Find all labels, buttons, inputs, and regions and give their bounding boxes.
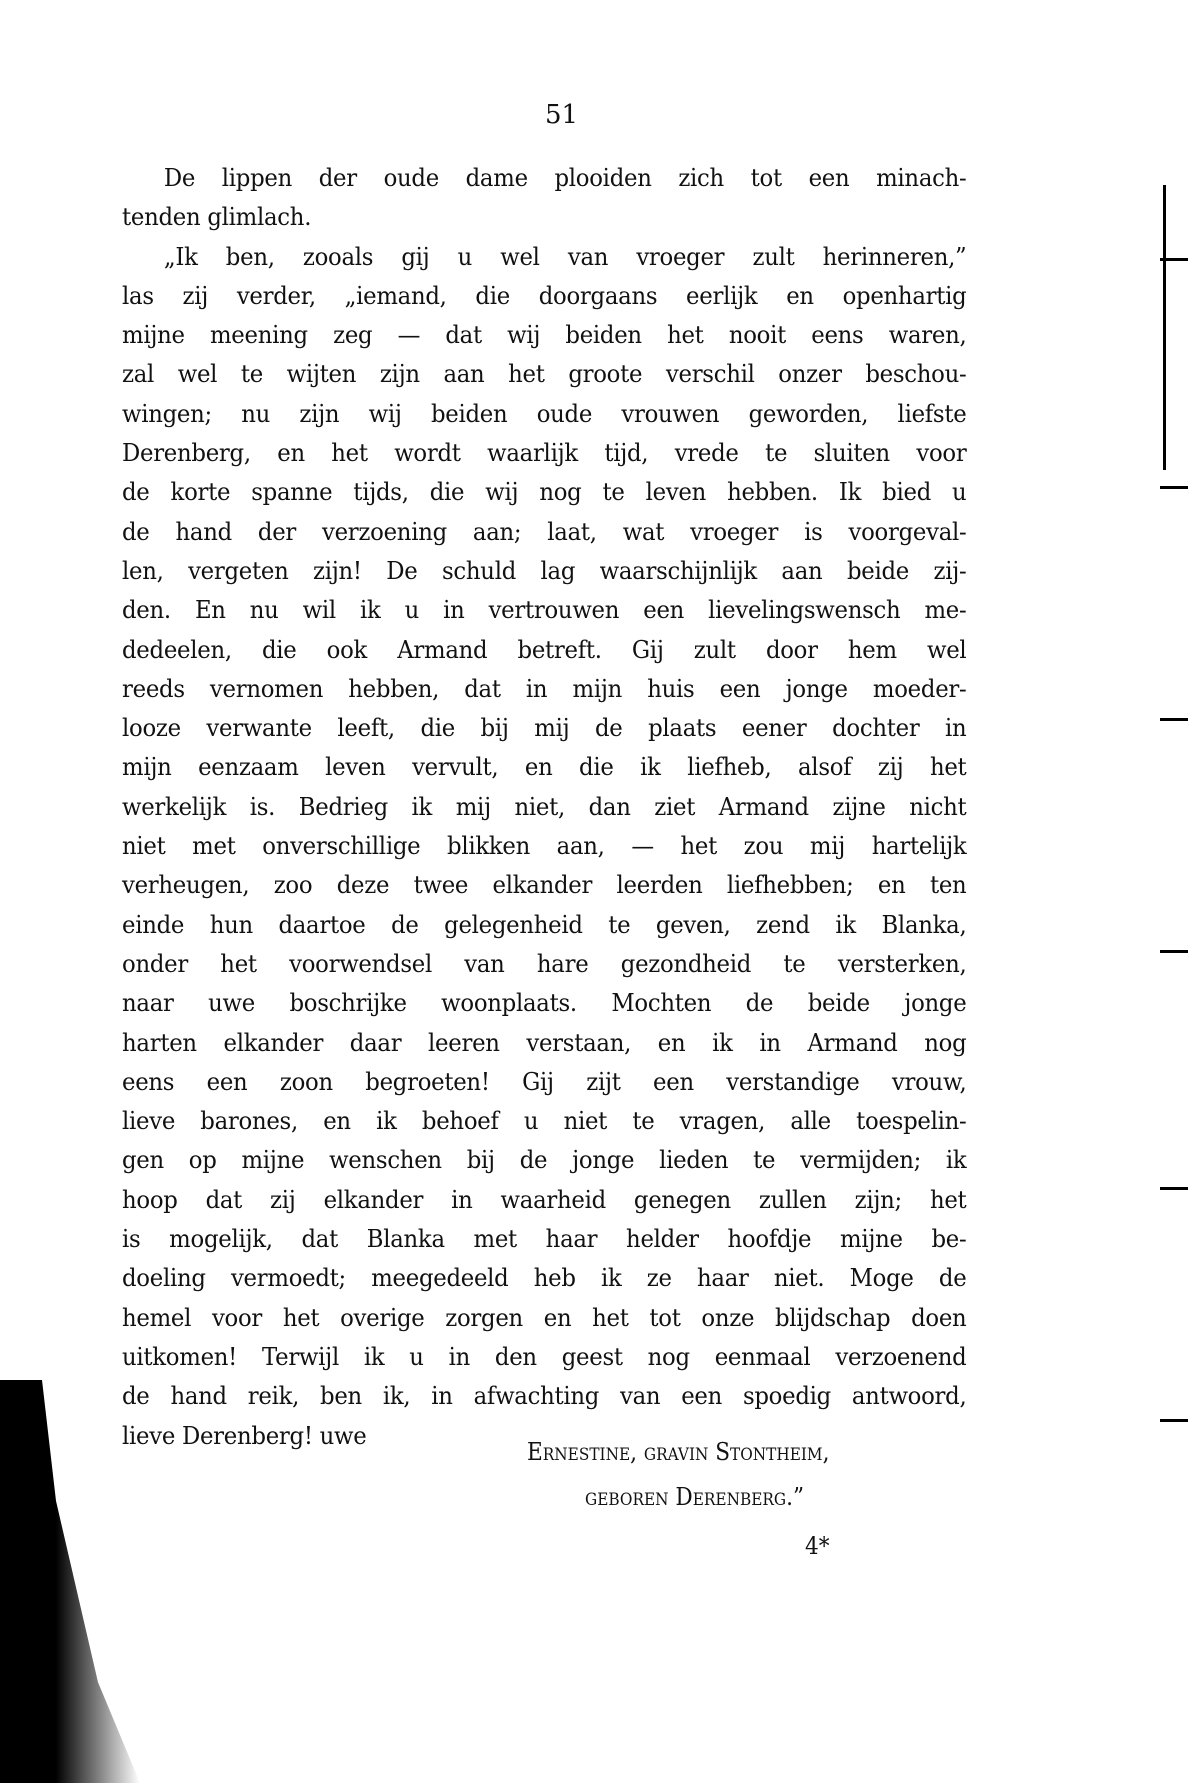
signature-line-2: geboren Derenberg.”	[585, 1483, 804, 1511]
text-line: eens een zoon begroeten! Gij zijt een ve…	[122, 1062, 966, 1101]
text-line: hoop dat zij elkander in waarheid genege…	[122, 1180, 966, 1219]
body-text: De lippen der oude dame plooiden zich to…	[122, 158, 967, 1455]
scan-margin-tick	[1160, 486, 1188, 489]
text-line: De lippen der oude dame plooiden zich to…	[122, 158, 966, 197]
text-line: niet met onverschillige blikken aan, — h…	[122, 826, 966, 865]
scan-margin-tick	[1160, 950, 1188, 953]
text-line: dedeelen, die ook Armand betreft. Gij zu…	[122, 630, 966, 669]
text-line: is mogelijk, dat Blanka met haar helder …	[122, 1219, 966, 1258]
text-line: las zij verder, „iemand, die doorgaans e…	[122, 276, 966, 315]
text-line: werkelijk is. Bedrieg ik mij niet, dan z…	[122, 787, 966, 826]
text-line: Derenberg, en het wordt waarlijk tijd, v…	[122, 433, 966, 472]
text-line: lieve barones, en ik behoef u niet te vr…	[122, 1101, 966, 1140]
text-line: zal wel te wijten zijn aan het groote ve…	[122, 354, 966, 393]
scan-edge-shadow	[0, 1380, 140, 1783]
text-line: einde hun daartoe de gelegenheid te geve…	[122, 905, 966, 944]
signature-mark: 4*	[805, 1532, 830, 1560]
text-line: de korte spanne tijds, die wij nog te le…	[122, 472, 966, 511]
text-line: naar uwe boschrijke woonplaats. Mochten …	[122, 983, 966, 1022]
scan-margin-tick	[1160, 1419, 1188, 1422]
scan-margin-tick	[1160, 718, 1188, 721]
text-line: doeling vermoedt; meegedeeld heb ik ze h…	[122, 1258, 966, 1297]
text-line: de hand reik, ben ik, in afwachting van …	[122, 1376, 966, 1415]
text-line: mijne meening zeg — dat wij beiden het n…	[122, 315, 966, 354]
text-line: harten elkander daar leeren verstaan, en…	[122, 1023, 966, 1062]
signature-line-1: Ernestine, gravin Stontheim,	[527, 1438, 829, 1466]
text-line: verheugen, zoo deze twee elkander leerde…	[122, 865, 966, 904]
scan-margin-tick	[1160, 1187, 1188, 1190]
text-line: de hand der verzoening aan; laat, wat vr…	[122, 512, 966, 551]
text-line: looze verwante leeft, die bij mij de pla…	[122, 708, 966, 747]
scan-margin-rule	[1163, 185, 1166, 470]
text-line: reeds vernomen hebben, dat in mijn huis …	[122, 669, 966, 708]
text-line: mijn eenzaam leven vervult, en die ik li…	[122, 747, 966, 786]
scan-margin-tick	[1160, 258, 1188, 261]
text-line: wingen; nu zijn wij beiden oude vrouwen …	[122, 394, 966, 433]
text-line: onder het voorwendsel van hare gezondhei…	[122, 944, 966, 983]
page-number: 51	[545, 100, 578, 130]
text-line: hemel voor het overige zorgen en het tot…	[122, 1298, 966, 1337]
text-line: „Ik ben, zooals gij u wel van vroeger zu…	[122, 237, 966, 276]
text-line: den. En nu wil ik u in vertrouwen een li…	[122, 590, 966, 629]
text-line: len, vergeten zijn! De schuld lag waarsc…	[122, 551, 966, 590]
text-line: uitkomen! Terwijl ik u in den geest nog …	[122, 1337, 966, 1376]
text-line: gen op mijne wenschen bij de jonge liede…	[122, 1140, 966, 1179]
text-line: tenden glimlach.	[122, 197, 966, 236]
